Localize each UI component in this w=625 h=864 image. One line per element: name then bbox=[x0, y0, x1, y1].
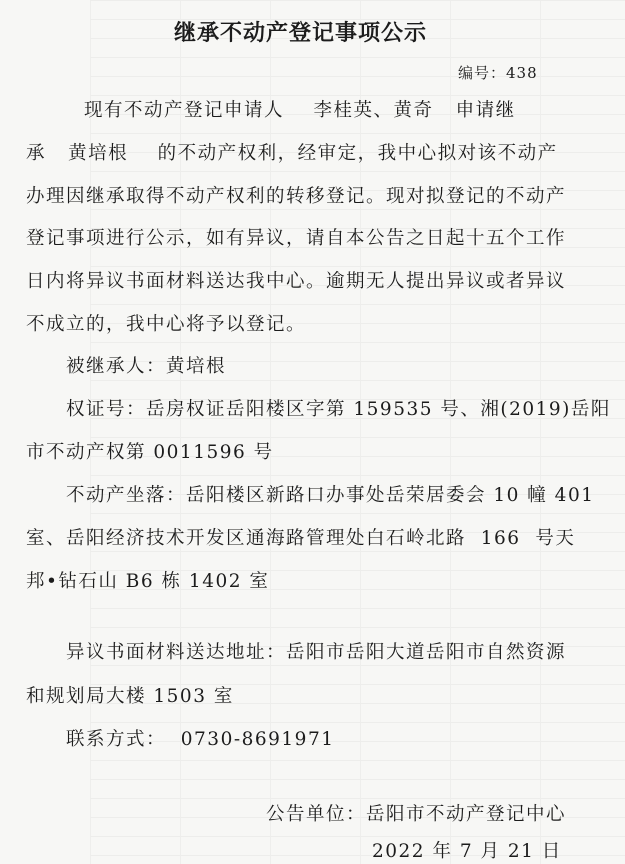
issuer: 公告单位：岳阳市不动产登记中心 bbox=[266, 800, 566, 826]
issue-date: 2022 年 7 月 21 日 bbox=[372, 837, 562, 863]
document-title: 继承不动产登记事项公示 bbox=[0, 16, 625, 47]
location-line-3: 邦•钻石山 B6 栋 1402 室 bbox=[26, 567, 269, 593]
objection-address-line-1: 异议书面材料送达地址：岳阳市岳阳大道岳阳市自然资源 bbox=[66, 638, 566, 664]
certificate-line-2: 市不动产权第 0011596 号 bbox=[26, 438, 274, 464]
decedent: 被继承人：黄培根 bbox=[66, 352, 226, 378]
certificate-line-1: 权证号：岳房权证岳阳楼区字第 159535 号、湘(2019)岳阳 bbox=[66, 395, 611, 421]
contact-info: 联系方式： 0730-8691971 bbox=[66, 725, 335, 751]
objection-address-line-2: 和规划局大楼 1503 室 bbox=[26, 682, 234, 708]
location-line-1: 不动产坐落：岳阳楼区新路口办事处岳荣居委会 10 幢 401 bbox=[66, 481, 595, 507]
location-line-2: 室、岳阳经济技术开发区通海路管理处白石岭北路 166 号天 bbox=[26, 524, 575, 550]
body-line-4: 登记事项进行公示，如有异议，请自本公告之日起十五个工作 bbox=[26, 224, 566, 250]
body-line-2: 承 黄培根 的不动产权利，经审定，我中心拟对该不动产 bbox=[26, 139, 558, 165]
body-line-1: 现有不动产登记申请人 李桂英、黄奇 申请继 bbox=[84, 96, 516, 122]
body-line-5: 日内将异议书面材料送达我中心。逾期无人提出异议或者异议 bbox=[26, 267, 566, 293]
body-line-3: 办理因继承取得不动产权利的转移登记。现对拟登记的不动产 bbox=[26, 182, 566, 208]
body-line-6: 不成立的，我中心将予以登记。 bbox=[26, 310, 306, 336]
serial-number: 编号：438 bbox=[458, 62, 538, 83]
